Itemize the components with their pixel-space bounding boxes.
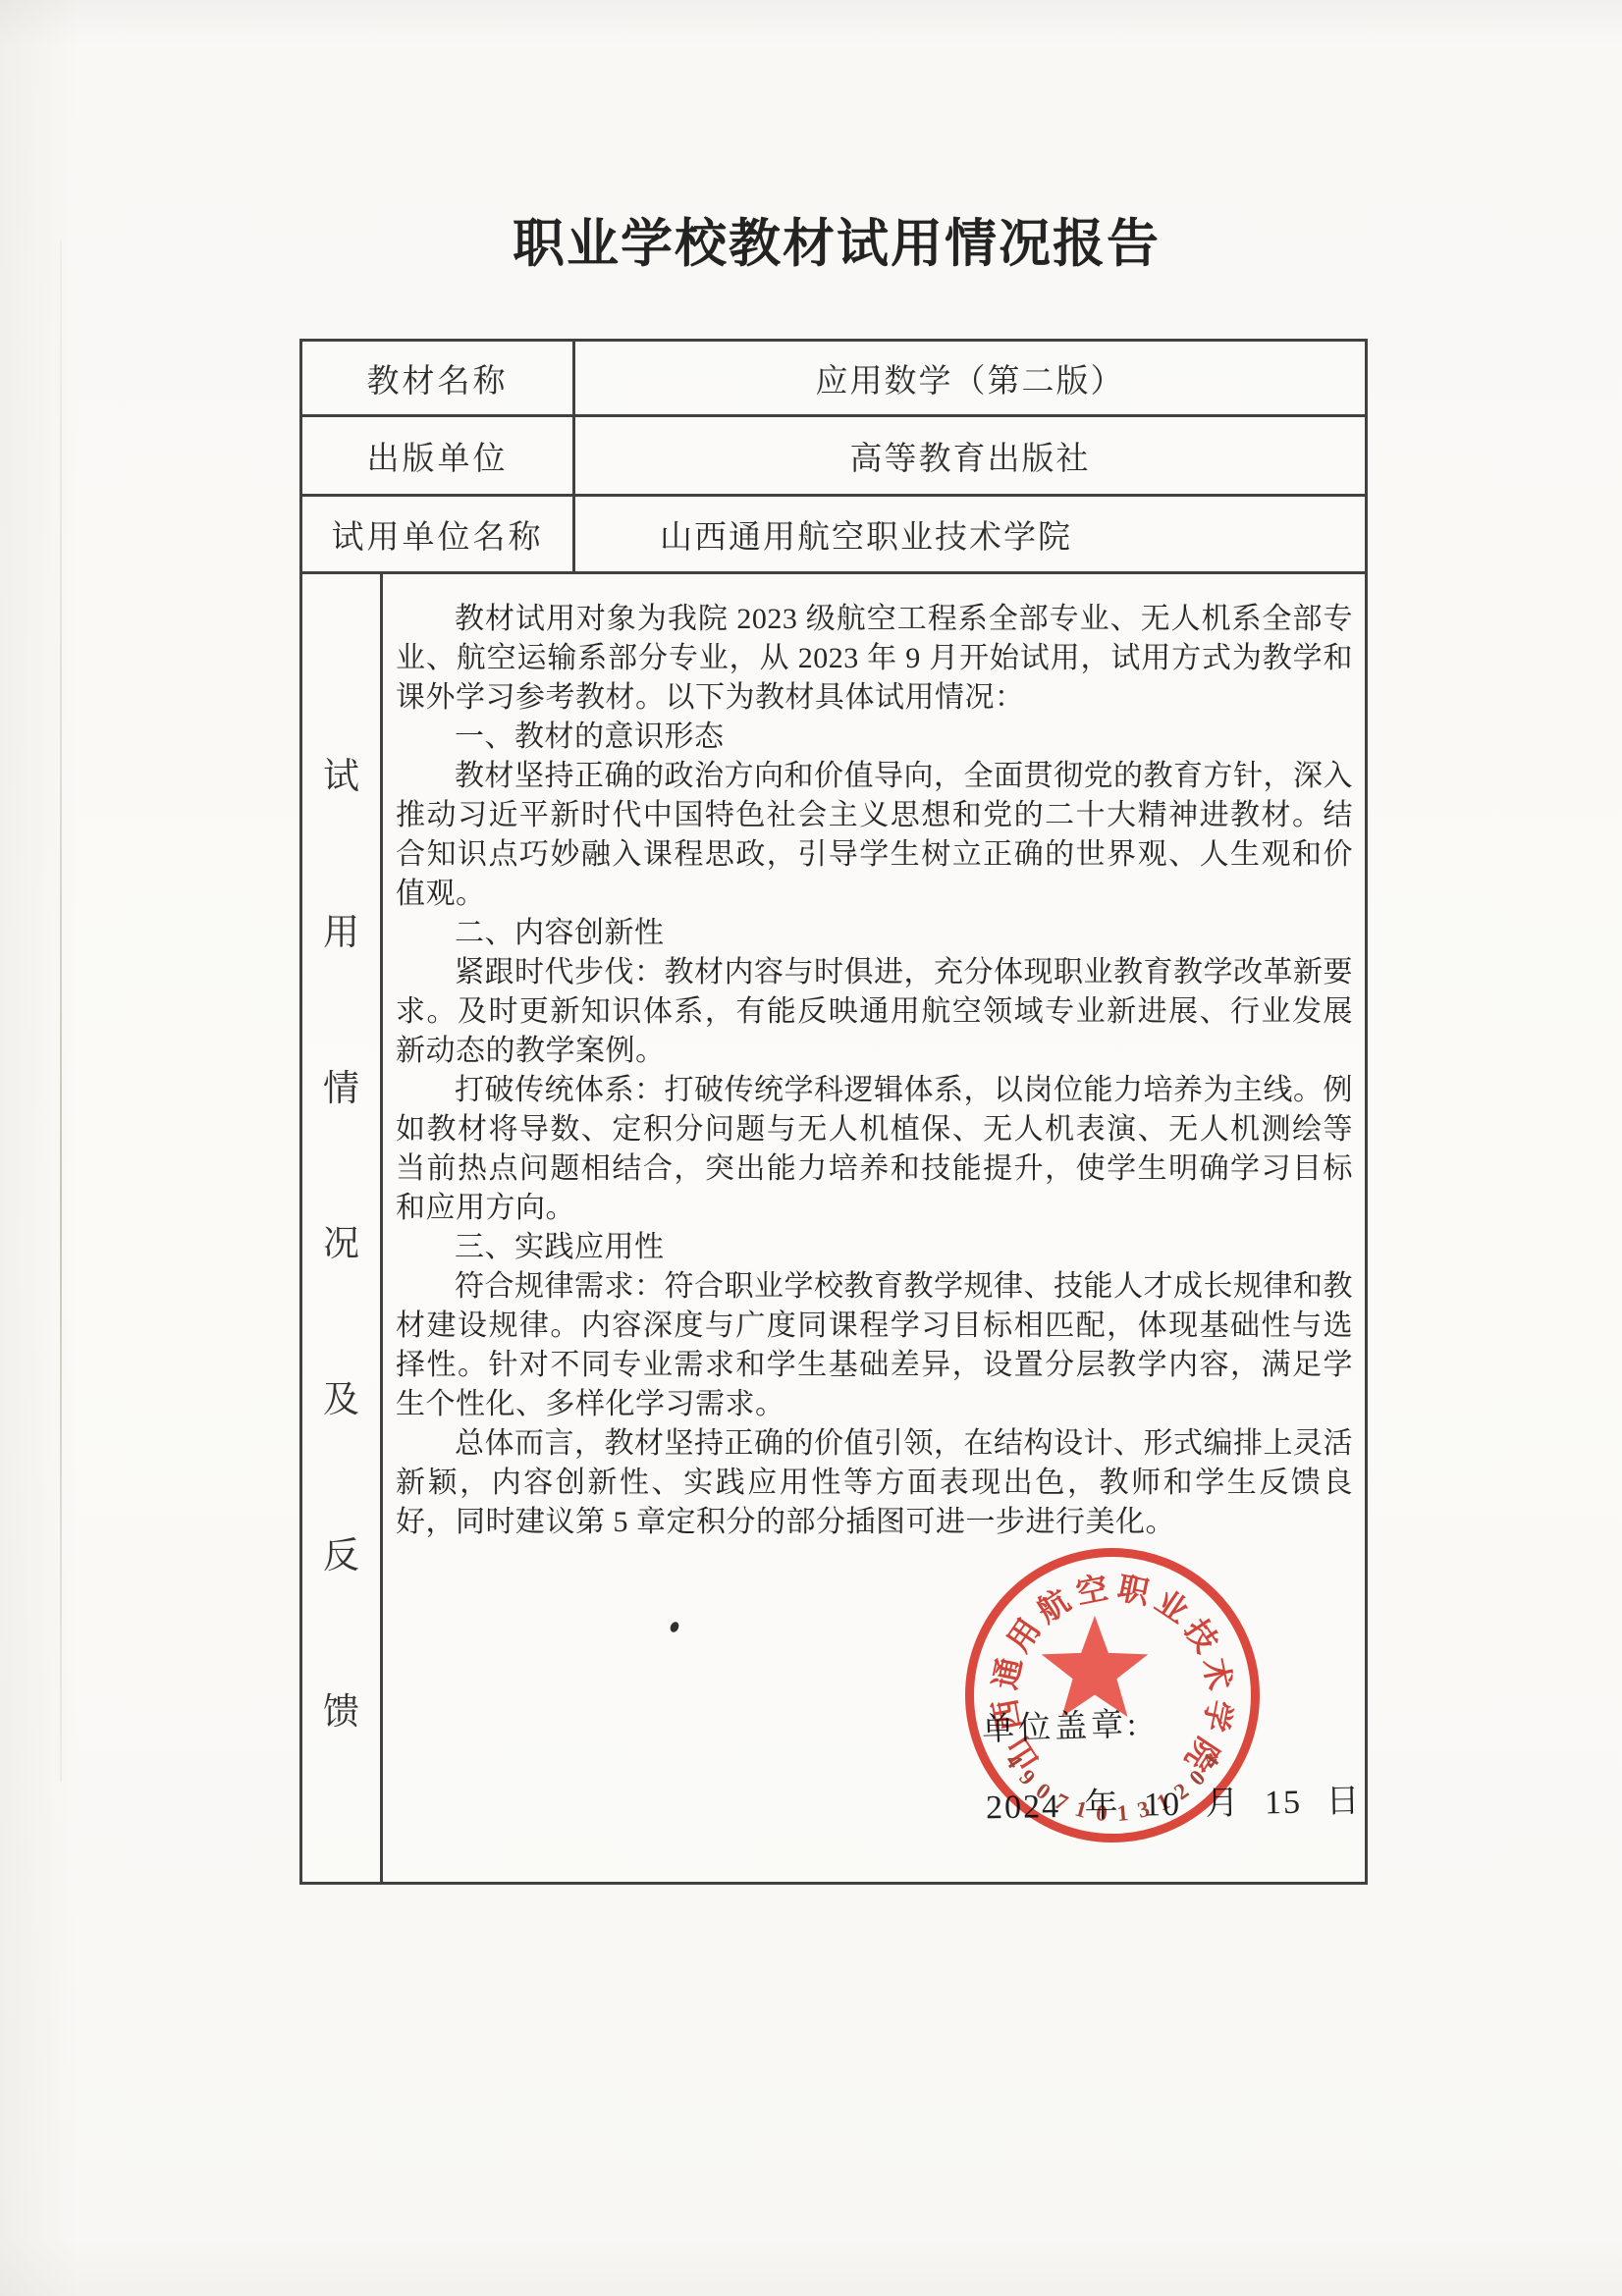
vertical-label-char: 试 bbox=[323, 746, 359, 799]
row-label-publisher: 出版单位 bbox=[302, 417, 575, 494]
feedback-paragraph: 教材试用对象为我院 2023 级航空工程系全部专业、无人机系全部专业、航空运输系… bbox=[396, 600, 1353, 718]
table-row: 出版单位 高等教育出版社 bbox=[302, 417, 1365, 497]
document-title: 职业学校教材试用情况报告 bbox=[513, 202, 1161, 277]
scanned-document-page: 职业学校教材试用情况报告 教材名称 应用数学（第二版） 出版单位 高等教育出版社… bbox=[0, 0, 1622, 2296]
feedback-paragraph: 总体而言，教材坚持正确的价值引领，在结构设计、形式编排上灵活新颖，内容创新性、实… bbox=[396, 1424, 1353, 1542]
stamp-star-icon bbox=[1037, 1614, 1153, 1724]
stamp-ring-char: 西 bbox=[983, 1692, 1029, 1738]
feedback-paragraph: 符合规律需求：符合职业学校教育教学规律、技能人才成长规律和教材建设规律。内容深度… bbox=[396, 1267, 1353, 1424]
feedback-section-heading: 二、内容创新性 bbox=[396, 914, 1353, 953]
vertical-label-char: 况 bbox=[323, 1213, 359, 1266]
official-seal-stamp: 山西通用航空职业技术学院 402131017094 bbox=[965, 1548, 1260, 1842]
vertical-label-char: 用 bbox=[323, 902, 359, 955]
vertical-label-char: 馈 bbox=[323, 1682, 359, 1735]
feedback-paragraph: 教材坚持正确的政治方向和价值导向，全面贯彻党的教育方针，深入推动习近平新时代中国… bbox=[396, 757, 1353, 914]
row-value-textbook-name: 应用数学（第二版） bbox=[575, 342, 1365, 414]
scan-crease-line bbox=[60, 240, 62, 1782]
feedback-row-vertical-label: 试 用 情 况 及 反 馈 bbox=[302, 574, 383, 1882]
stamp-ring-char: 空 bbox=[1068, 1566, 1114, 1612]
vertical-label-char: 情 bbox=[323, 1058, 359, 1111]
feedback-section-heading: 一、教材的意识形态 bbox=[396, 718, 1353, 757]
vertical-label-char: 及 bbox=[323, 1369, 359, 1422]
feedback-paragraph: 紧跟时代步伐：教材内容与时俱进，充分体现职业教育教学改革新要求。及时更新知识体系… bbox=[396, 953, 1353, 1071]
row-value-trial-unit: 山西通用航空职业技术学院 bbox=[575, 497, 1365, 571]
table-row: 试用单位名称 山西通用航空职业技术学院 bbox=[302, 497, 1365, 574]
feedback-paragraph: 打破传统体系：打破传统学科逻辑体系，以岗位能力培养为主线。例如教材将导数、定积分… bbox=[396, 1071, 1353, 1228]
vertical-label-char: 反 bbox=[323, 1525, 359, 1578]
row-value-publisher: 高等教育出版社 bbox=[575, 417, 1365, 494]
row-label-textbook-name: 教材名称 bbox=[302, 342, 575, 414]
table-row: 教材名称 应用数学（第二版） bbox=[302, 342, 1365, 417]
row-label-trial-unit: 试用单位名称 bbox=[302, 497, 575, 571]
feedback-section-heading: 三、实践应用性 bbox=[396, 1228, 1353, 1267]
stamp-ring-char: 术 bbox=[1196, 1651, 1242, 1697]
